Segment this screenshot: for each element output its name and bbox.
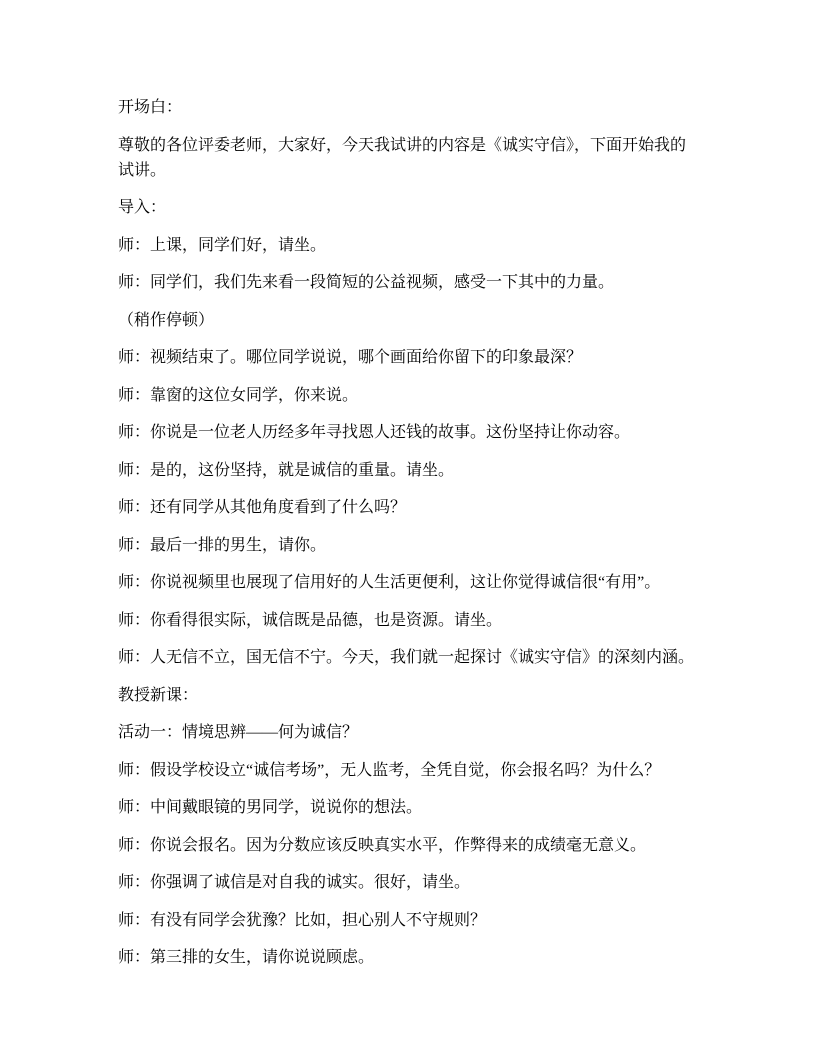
paragraph: 活动一：情境思辨——何为诚信？ bbox=[118, 720, 694, 745]
paragraph: 师：上课，同学们好，请坐。 bbox=[118, 233, 694, 258]
paragraph: 开场白： bbox=[118, 95, 694, 120]
paragraph: （稍作停顿） bbox=[118, 308, 694, 333]
document-content: 开场白：尊敬的各位评委老师，大家好，今天我试讲的内容是《诚实守信》，下面开始我的… bbox=[118, 95, 694, 970]
paragraph: 师：视频结束了。哪位同学说说，哪个画面给你留下的印象最深？ bbox=[118, 345, 694, 370]
paragraph: 师：第三排的女生，请你说说顾虑。 bbox=[118, 945, 694, 970]
paragraph: 导入： bbox=[118, 195, 694, 220]
paragraph: 教授新课： bbox=[118, 683, 694, 708]
paragraph: 师：你说视频里也展现了信用好的人生活更便利，这让你觉得诚信很“有用”。 bbox=[118, 570, 694, 595]
paragraph: 师：你说是一位老人历经多年寻找恩人还钱的故事。这份坚持让你动容。 bbox=[118, 420, 694, 445]
paragraph: 师：还有同学从其他角度看到了什么吗？ bbox=[118, 495, 694, 520]
paragraph: 师：是的，这份坚持，就是诚信的重量。请坐。 bbox=[118, 458, 694, 483]
paragraph: 师：假设学校设立“诚信考场”，无人监考，全凭自觉，你会报名吗？为什么？ bbox=[118, 758, 694, 783]
paragraph: 师：靠窗的这位女同学，你来说。 bbox=[118, 383, 694, 408]
paragraph: 师：同学们，我们先来看一段简短的公益视频，感受一下其中的力量。 bbox=[118, 270, 694, 295]
paragraph: 尊敬的各位评委老师，大家好，今天我试讲的内容是《诚实守信》，下面开始我的试讲。 bbox=[118, 133, 694, 183]
paragraph: 师：人无信不立，国无信不宁。今天，我们就一起探讨《诚实守信》的深刻内涵。 bbox=[118, 645, 694, 670]
paragraph: 师：中间戴眼镜的男同学，说说你的想法。 bbox=[118, 795, 694, 820]
paragraph: 师：有没有同学会犹豫？比如，担心别人不守规则？ bbox=[118, 908, 694, 933]
paragraph: 师：你说会报名。因为分数应该反映真实水平，作弊得来的成绩毫无意义。 bbox=[118, 833, 694, 858]
paragraph: 师：最后一排的男生，请你。 bbox=[118, 533, 694, 558]
document-page: 开场白：尊敬的各位评委老师，大家好，今天我试讲的内容是《诚实守信》，下面开始我的… bbox=[0, 0, 816, 1056]
paragraph: 师：你强调了诚信是对自我的诚实。很好，请坐。 bbox=[118, 870, 694, 895]
paragraph: 师：你看得很实际，诚信既是品德，也是资源。请坐。 bbox=[118, 608, 694, 633]
